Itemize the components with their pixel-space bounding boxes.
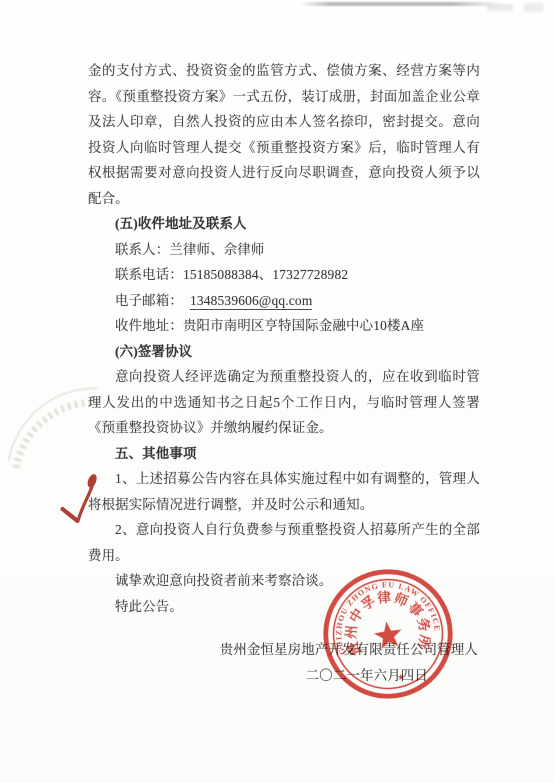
section-five-heading: (五)收件地址及联系人 <box>88 211 480 237</box>
contact-person-label: 联系人： <box>115 242 169 257</box>
contact-email-label: 电子邮箱： <box>115 293 183 308</box>
seal-center-star <box>372 620 403 650</box>
continued-paragraph: 金的支付方式、投资资金的监管方式、偿债方案、经营方案等内容。《预重整投资方案》一… <box>88 58 480 211</box>
contact-address-value: 贵阳市南明区亨特国际金融中心10楼A座 <box>183 318 424 333</box>
official-seal-stamp: GUIZHOU ZHONG FU LAW OFFICE 贵州中孚律师事务所 ★ <box>309 555 467 713</box>
contact-person-row: 联系人：兰律师、佘律师 <box>88 237 480 263</box>
checkmark-long-stroke <box>76 484 95 520</box>
contact-phone-label: 联系电话： <box>115 267 183 282</box>
contact-address-row: 收件地址：贵阳市南明区亨特国际金融中心10楼A座 <box>88 313 480 339</box>
scan-artifact-line <box>300 2 502 6</box>
other-matters-heading: 五、其他事项 <box>88 441 480 467</box>
checkmark-ink-blob <box>86 473 99 489</box>
seal-bottom-star: ★ <box>396 672 405 683</box>
scanned-page: 金的支付方式、投资资金的监管方式、偿债方案、经营方案等内容。《预重整投资方案》一… <box>0 0 554 783</box>
handwritten-checkmark <box>48 468 104 533</box>
contact-phone-value: 15185088384、17327728982 <box>183 267 348 282</box>
scan-smudge-2 <box>524 3 544 12</box>
contact-email-row: 电子邮箱：1348539606@qq.com <box>88 288 480 314</box>
ghost-stamp-ring-arc <box>9 380 99 470</box>
other-matters-item-1: 1、上述招募公告内容在具体实施过程中如有调整的，管理人将根据实际情况进行调整，并… <box>88 466 480 517</box>
scan-smudge-1 <box>487 4 513 11</box>
contact-phone-row: 联系电话：15185088384、17327728982 <box>88 262 480 288</box>
contact-person-value: 兰律师、佘律师 <box>169 242 264 257</box>
email-underlined-value: 1348539606@qq.com <box>190 293 312 310</box>
section-six-paragraph: 意向投资人经评选确定为预重整投资人的，应在收到临时管理人发出的中选通知书之日起5… <box>88 364 480 441</box>
ghost-stamp-text-arc <box>16 394 99 476</box>
checkmark-short-stroke <box>63 508 78 522</box>
section-six-heading: (六)签署协议 <box>88 339 480 365</box>
contact-address-label: 收件地址： <box>115 318 183 333</box>
